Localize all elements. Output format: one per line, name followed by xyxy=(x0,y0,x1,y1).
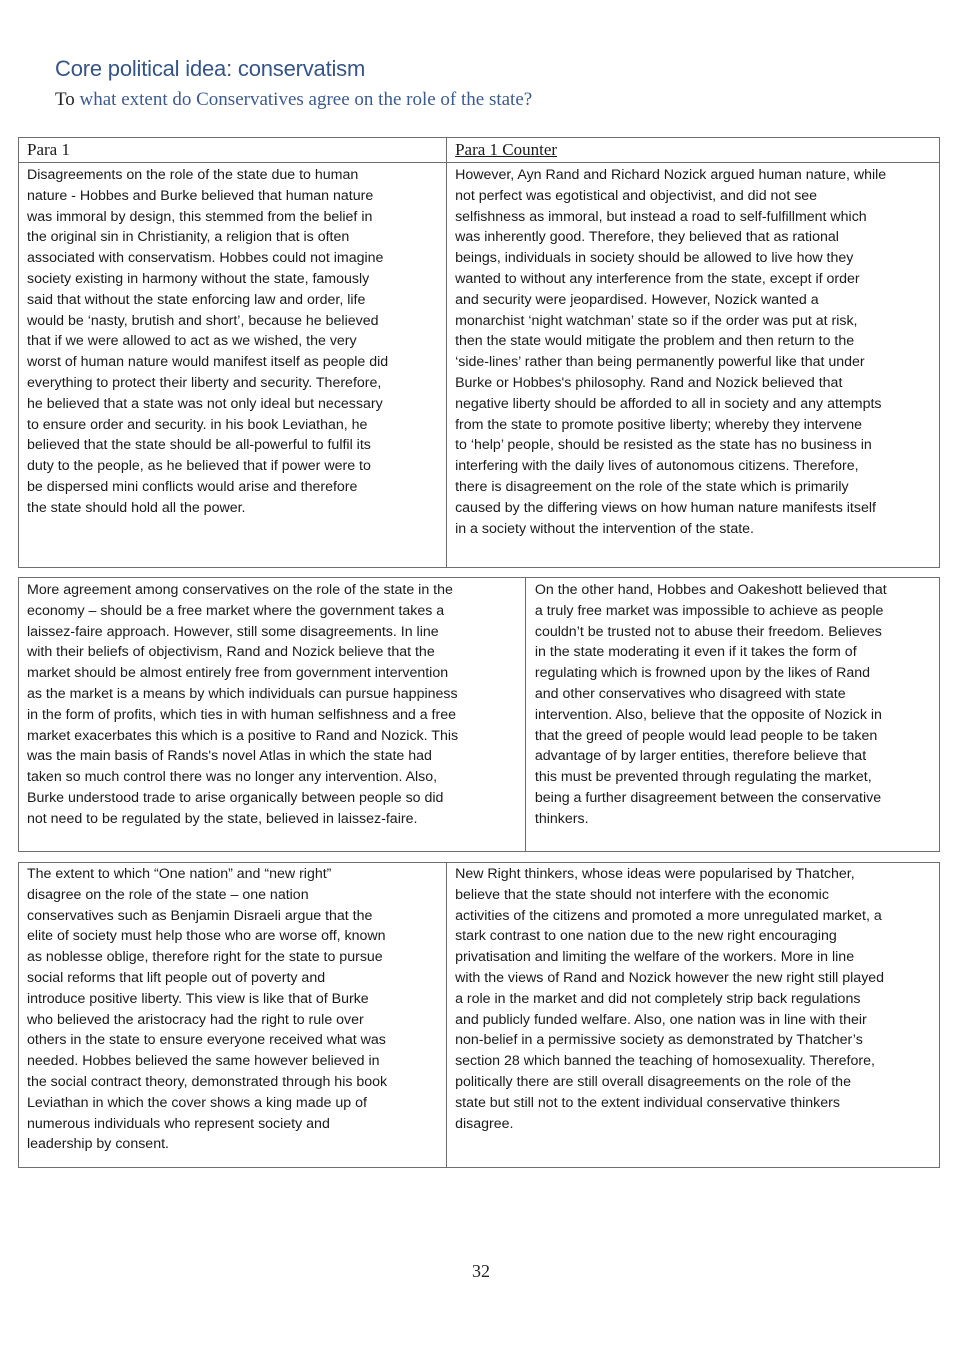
para-1-counter-cell: Para 1 Counter However, Ayn Rand and Ric… xyxy=(446,138,939,567)
essay-table-para-2: More agreement among conservatives on th… xyxy=(18,577,940,852)
subtitle-question: what extent do Conservatives agree on th… xyxy=(75,89,532,110)
page-subtitle: To what extent do Conservatives agree on… xyxy=(55,89,532,111)
para-3-text: The extent to which “One nation” and “ne… xyxy=(27,864,440,1155)
para-1-heading: Para 1 xyxy=(19,138,446,163)
para-1-cell: Para 1 Disagreements on the role of the … xyxy=(19,138,446,567)
subtitle-lead: To xyxy=(55,89,75,110)
para-2-counter-text: On the other hand, Hobbes and Oakeshott … xyxy=(535,580,933,830)
para-1-counter-text: However, Ayn Rand and Richard Nozick arg… xyxy=(455,165,931,539)
para-3-counter-cell: New Right thinkers, whose ideas were pop… xyxy=(446,863,939,1167)
para-1-text: Disagreements on the role of the state d… xyxy=(27,165,438,519)
page-number: 32 xyxy=(0,1261,962,1282)
para-1-counter-heading-text: Para 1 Counter xyxy=(455,140,557,159)
para-1-counter-heading: Para 1 Counter xyxy=(447,138,939,163)
para-2-text: More agreement among conservatives on th… xyxy=(27,580,519,830)
para-2-cell: More agreement among conservatives on th… xyxy=(19,578,525,851)
essay-table-para-3: The extent to which “One nation” and “ne… xyxy=(18,862,940,1168)
para-3-cell: The extent to which “One nation” and “ne… xyxy=(19,863,446,1167)
para-2-counter-cell: On the other hand, Hobbes and Oakeshott … xyxy=(525,578,939,851)
page-title: Core political idea: conservatism xyxy=(55,56,365,82)
essay-table-para-1: Para 1 Disagreements on the role of the … xyxy=(18,137,940,568)
para-3-counter-text: New Right thinkers, whose ideas were pop… xyxy=(455,864,933,1134)
